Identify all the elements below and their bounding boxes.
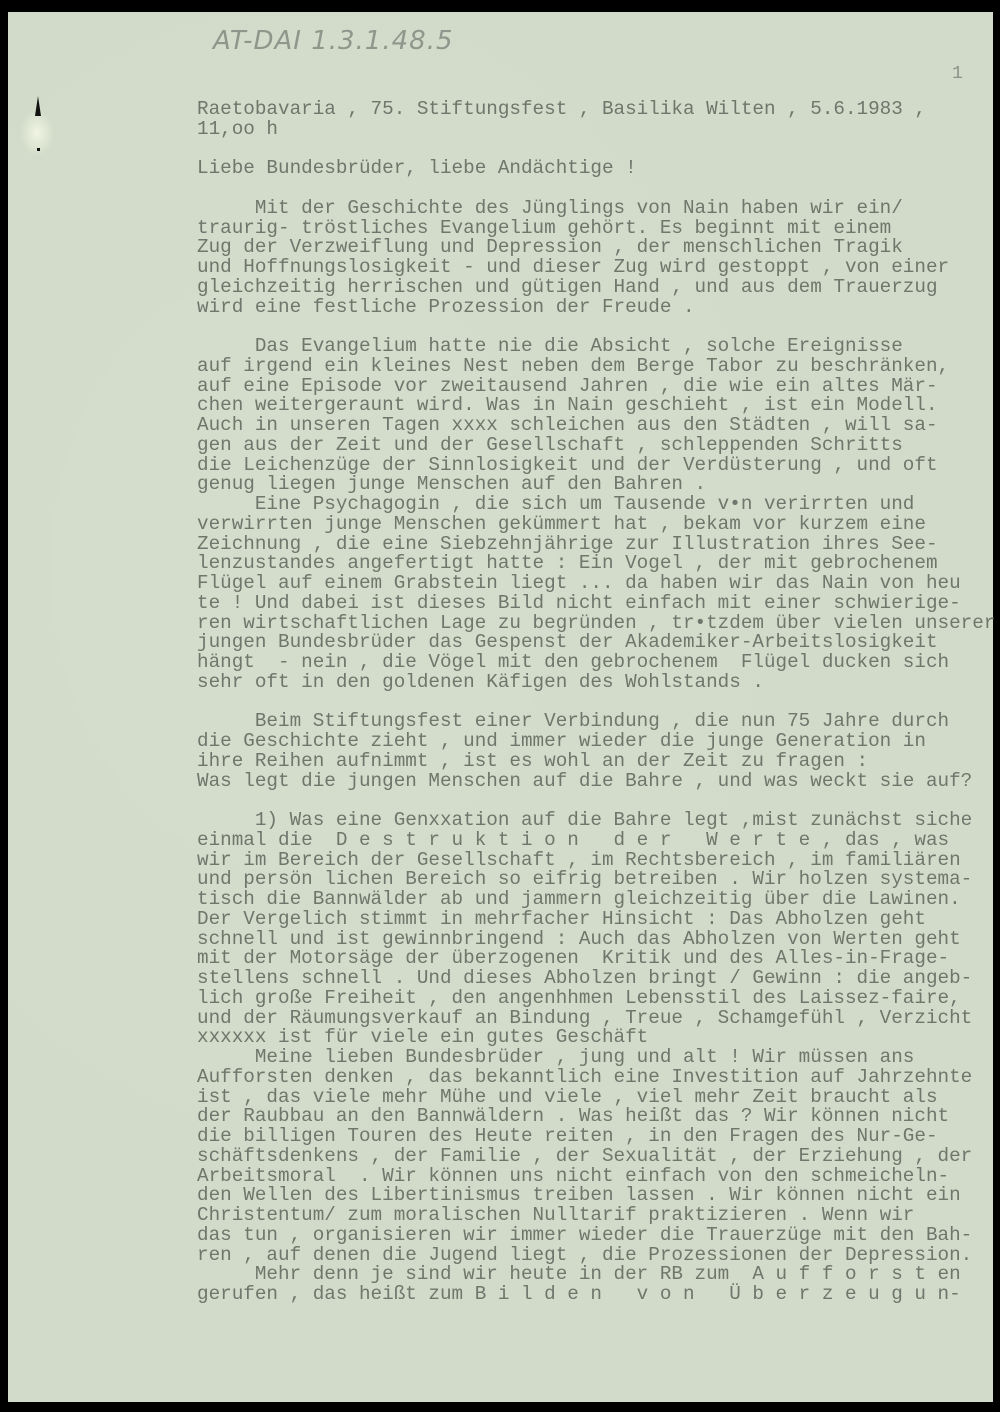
text-line: schäftsdenkens , der Familie , der Sexua… [197,1147,997,1167]
staple-mark-icon [32,88,42,118]
text-line: Christentum/ zum moralischen Nulltarif p… [197,1206,997,1226]
text-line: wird eine festliche Prozession der Freud… [197,298,997,318]
text-line: te ! Und dabei ist dieses Bild nicht ein… [197,594,997,614]
text-line: 1) Was eine Genxxation auf die Bahre leg… [197,811,997,831]
text-line: Mit der Geschichte des Jünglings von Nai… [197,199,997,219]
text-line: die billigen Touren des Heute reiten , i… [197,1127,997,1147]
paragraph-gap [197,179,997,199]
text-line: stellens schnell . Und dieses Abholzen b… [197,969,997,989]
text-line: Flügel auf einem Grabstein liegt ... da … [197,574,997,594]
text-line: 11,oo h [197,120,997,140]
text-line: gleichzeitig herrischen und gütigen Hand… [197,278,997,298]
text-line: sehr oft in den goldenen Käfigen des Woh… [197,673,997,693]
text-line: auf irgend ein kleines Nest neben dem Be… [197,357,997,377]
text-line: Was legt die jungen Menschen auf die Bah… [197,772,997,792]
text-line: Liebe Bundesbrüder, liebe Andächtige ! [197,159,997,179]
text-line: Der Vergelich stimmt in mehrfacher Hinsi… [197,910,997,930]
text-line: das tun , organisieren wir immer wieder … [197,1226,997,1246]
text-line: tisch die Bannwälder ab und jammern glei… [197,890,997,910]
text-line: und Hoffnungslosigkeit - und dieser Zug … [197,258,997,278]
text-line: Raetobavaria , 75. Stiftungsfest , Basil… [197,100,997,120]
typewritten-body: Raetobavaria , 75. Stiftungsfest , Basil… [197,100,997,1305]
text-line: die Geschichte zieht , und immer wieder … [197,732,997,752]
text-line: gerufen , das heißt zum B i l d e n v o … [197,1285,997,1305]
text-line: lich große Freiheit , den angenhhmen Leb… [197,989,997,1009]
archive-signature: AT-DAI 1.3.1.48.5 [213,26,454,56]
text-line: verwirrten junge Menschen gekümmert hat … [197,515,997,535]
text-line: gen aus der Zeit und der Gesellschaft , … [197,436,997,456]
text-line: Auch in unseren Tagen xxxx schleichen au… [197,416,997,436]
text-line: Das Evangelium hatte nie die Absicht , s… [197,337,997,357]
text-line: ihre Reihen aufnimmt , ist es wohl an de… [197,752,997,772]
text-line: Aufforsten denken , das bekanntlich eine… [197,1068,997,1088]
text-line: Meine lieben Bundesbrüder , jung und alt… [197,1048,997,1068]
text-line: hängt - nein , die Vögel mit den gebroch… [197,653,997,673]
text-line: Eine Psychagogin , die sich um Tausende … [197,495,997,515]
text-line: einmal die D e s t r u k t i o n d e r W… [197,831,997,851]
page-number: 1 [952,64,963,84]
